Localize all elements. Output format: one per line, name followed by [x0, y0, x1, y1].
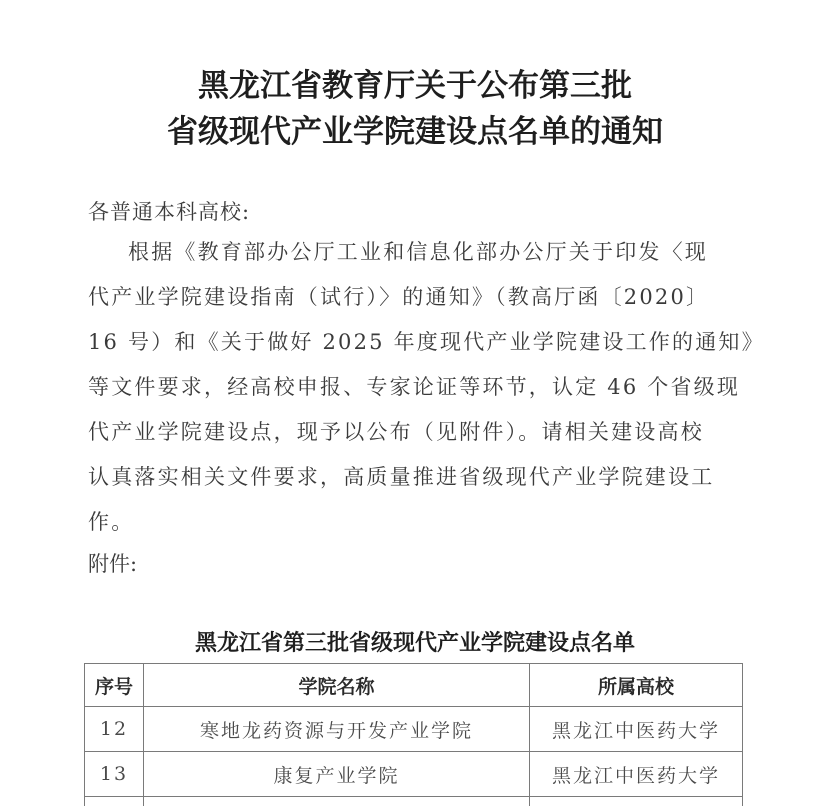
- header-seq: 序号: [85, 664, 144, 707]
- salutation: 各普通本科高校:: [88, 196, 250, 226]
- body-paragraph-line: 认真落实相关文件要求，高质量推进省级现代产业学院建设工: [88, 461, 714, 491]
- table-row-cut-off: [85, 797, 743, 806]
- table-row: 13 康复产业学院 黑龙江中医药大学: [85, 752, 743, 797]
- document-page: 黑龙江省教育厅关于公布第三批 省级现代产业学院建设点名单的通知 各普通本科高校:…: [0, 0, 830, 806]
- body-paragraph-line: 根据《教育部办公厅工业和信息化部办公厅关于印发〈现: [128, 236, 708, 266]
- cell-college-name: 寒地龙药资源与开发产业学院: [144, 707, 530, 752]
- body-paragraph-line: 代产业学院建设点，现予以公布（见附件）。请相关建设高校: [88, 416, 704, 446]
- header-university: 所属高校: [530, 664, 743, 707]
- body-paragraph-line: 代产业学院建设指南（试行）〉的通知》（教高厅函〔2020〕: [88, 281, 709, 311]
- body-paragraph-line: 等文件要求，经高校申报、专家论证等环节，认定 46 个省级现: [88, 371, 740, 401]
- cell-seq: 13: [85, 752, 144, 797]
- body-paragraph-line: 16 号）和《关于做好 2025 年度现代产业学院建设工作的通知》: [88, 326, 765, 356]
- table-row: 12 寒地龙药资源与开发产业学院 黑龙江中医药大学: [85, 707, 743, 752]
- cell-university: 黑龙江中医药大学: [530, 752, 743, 797]
- body-paragraph-line: 作。: [88, 506, 134, 536]
- cell-college-name: 康复产业学院: [144, 752, 530, 797]
- document-title-line-1: 黑龙江省教育厅关于公布第三批: [0, 60, 830, 105]
- attachment-table-title: 黑龙江省第三批省级现代产业学院建设点名单: [0, 626, 830, 657]
- cell-university: 黑龙江中医药大学: [530, 707, 743, 752]
- header-college-name: 学院名称: [144, 664, 530, 707]
- cell-seq: 12: [85, 707, 144, 752]
- table-header-row: 序号 学院名称 所属高校: [85, 664, 743, 707]
- attachment-table: 序号 学院名称 所属高校 12 寒地龙药资源与开发产业学院 黑龙江中医药大学 1…: [84, 663, 743, 806]
- attachment-label: 附件:: [88, 548, 137, 578]
- document-title-line-2: 省级现代产业学院建设点名单的通知: [0, 106, 830, 151]
